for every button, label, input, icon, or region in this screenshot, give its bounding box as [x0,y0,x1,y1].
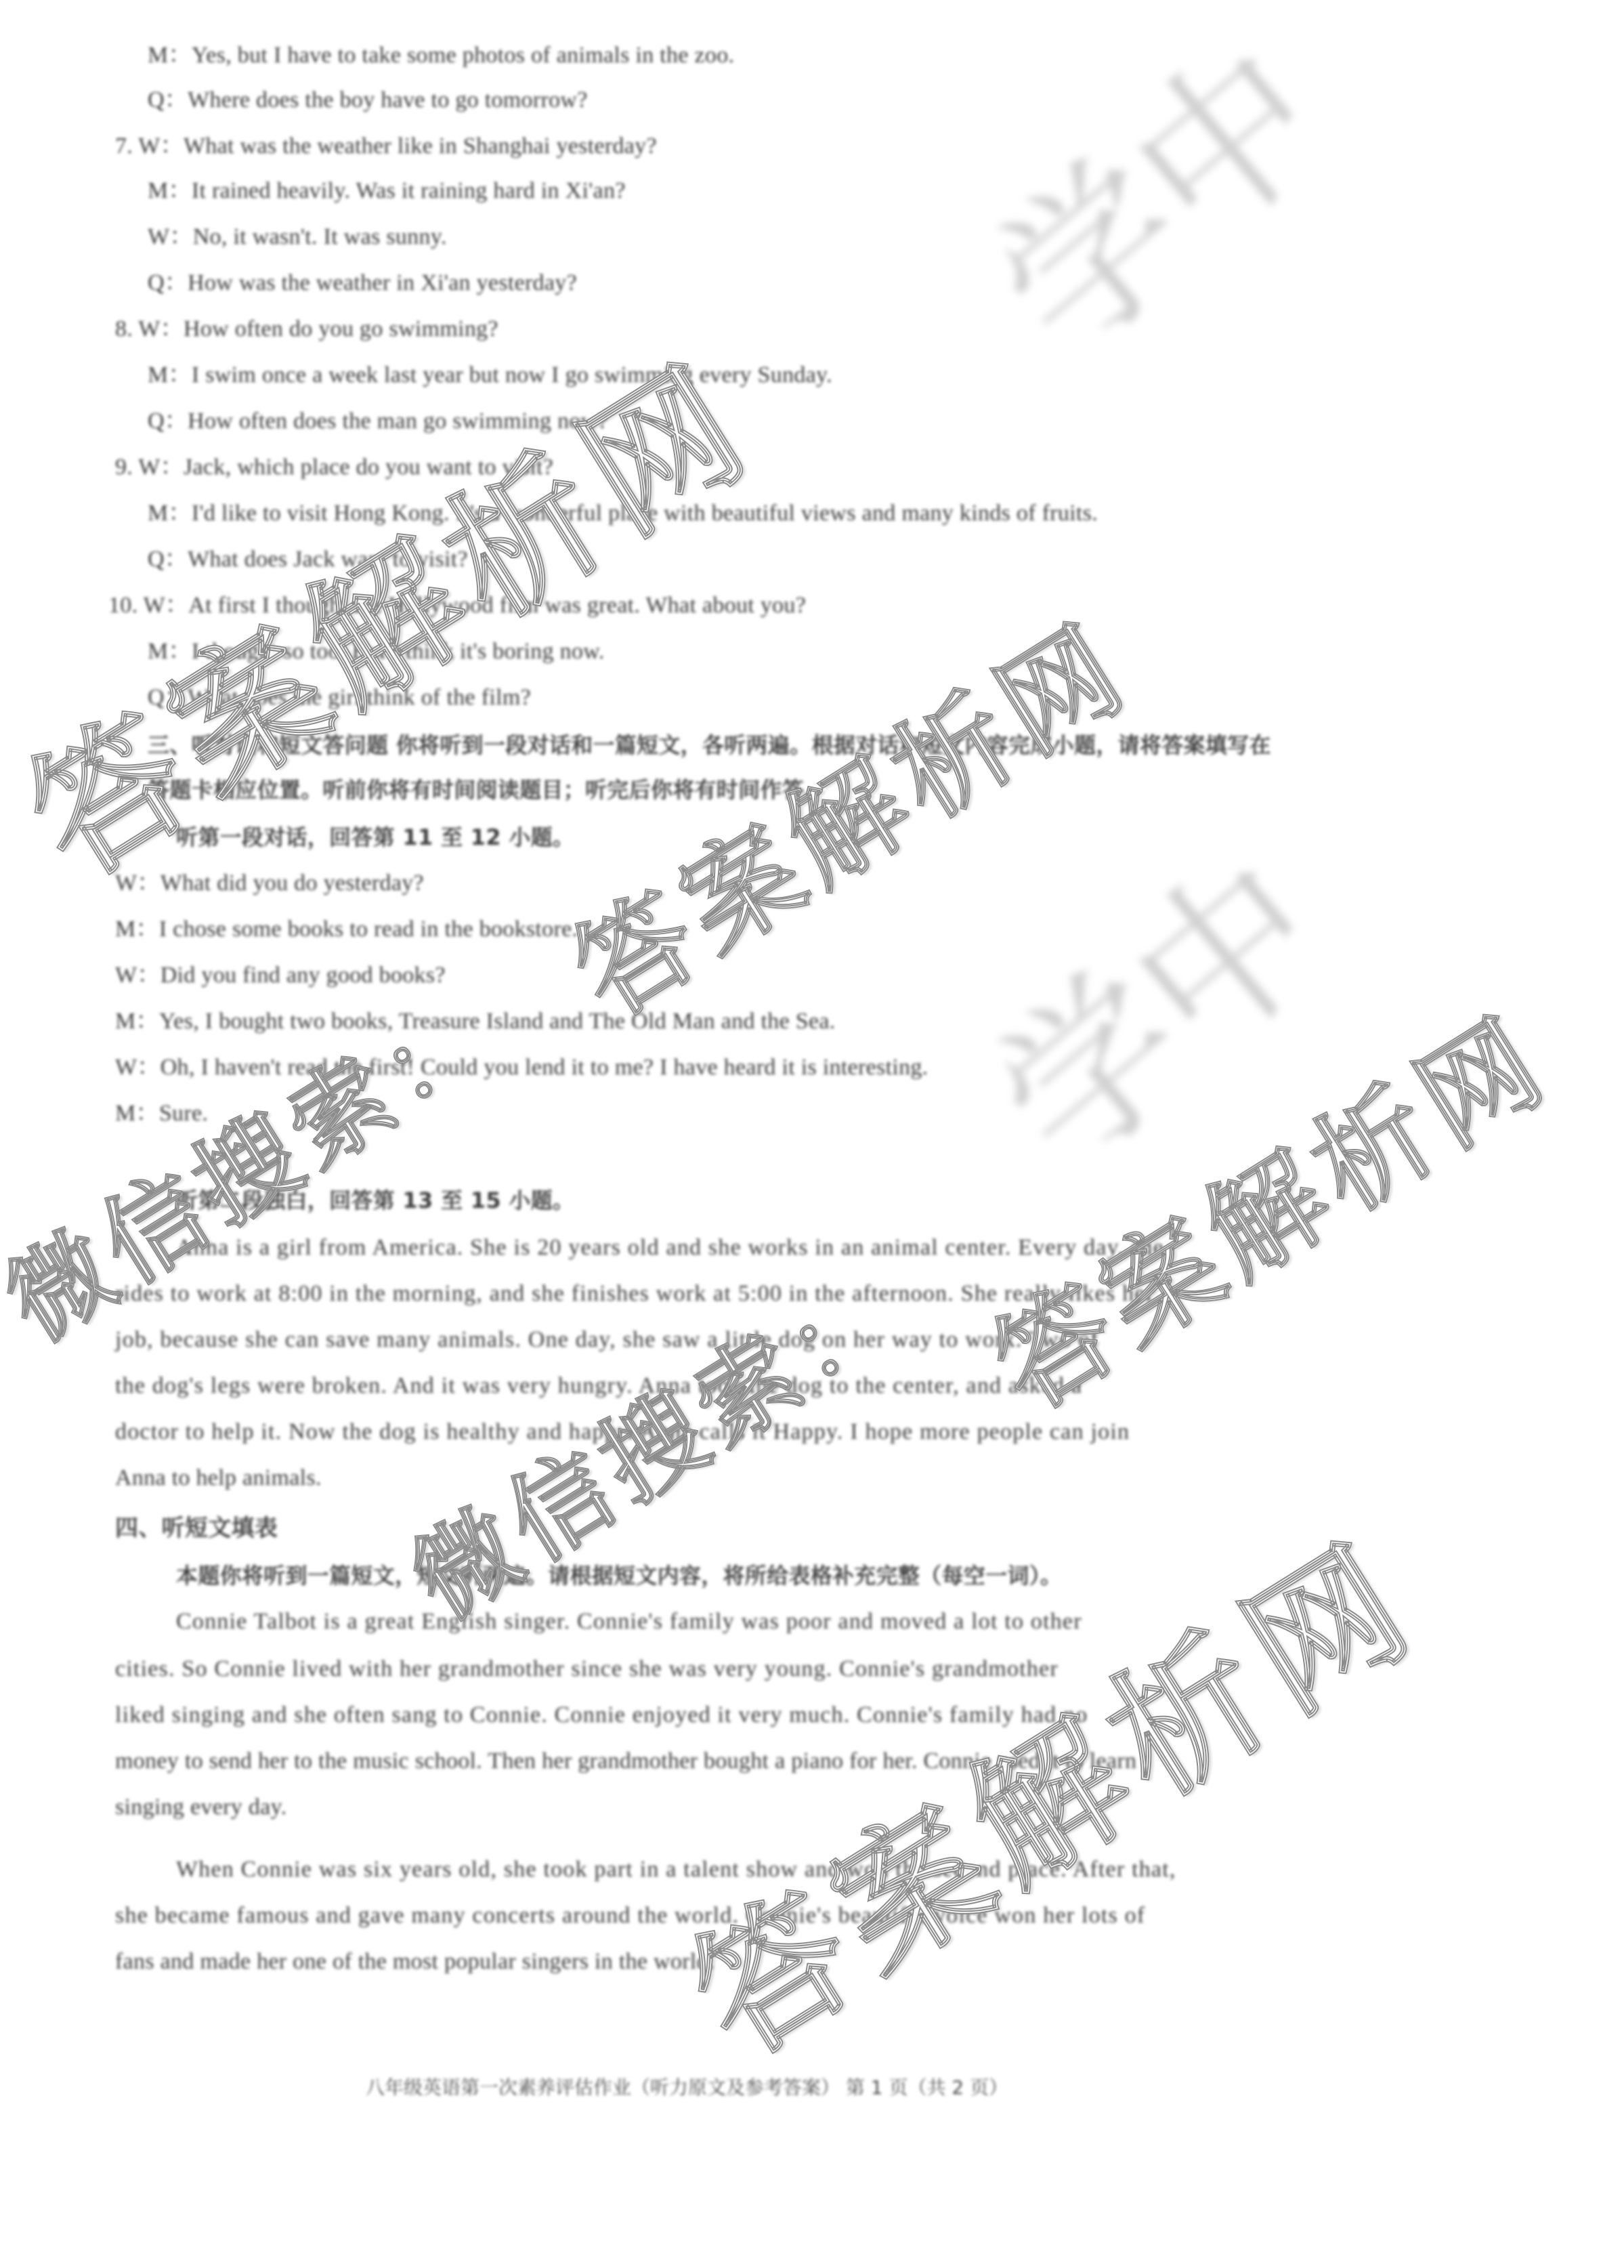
section-instruction: 三、听对话和短文答问题 你将听到一段对话和一篇短文，各听两遍。根据对话和短文内容… [148,732,1271,759]
passage-line: Anna to help animals. [115,1465,322,1492]
passage-line: doctor to help it. Now the dog is health… [115,1419,1130,1446]
passage-line: fans and made her one of the most popula… [115,1948,714,1975]
section-instruction: 本题你将听到一篇短文，短文听两遍。请根据短文内容，将所给表格补充完整（每空一词）… [176,1562,1062,1589]
transcript-line: 10. W：At first I thought the Hollywood f… [108,592,806,619]
passage-line: Connie Talbot is a great English singer.… [176,1608,1082,1635]
section-instruction: 答题卡相应位置。听前你将有时间阅读题目；听完后你将有时间作答。 [148,776,826,803]
transcript-line: Q：Where does the boy have to go tomorrow… [148,87,588,114]
section-title: 四、听短文填表 [115,1515,278,1542]
transcript-line: 9. W：Jack, which place do you want to vi… [115,454,553,481]
transcript-line: M：I thought so too. But I think it's bor… [148,638,605,665]
transcript-line: M：Yes, I bought two books, Treasure Isla… [115,1008,836,1035]
passage-line: the dog's legs were broken. And it was v… [115,1372,1082,1400]
passage-line: she became famous and gave many concerts… [115,1902,1145,1929]
passage-line: rides to work at 8:00 in the morning, an… [115,1280,1154,1307]
passage-line: singing every day. [115,1794,286,1821]
passage-line: liked singing and she often sang to Conn… [115,1702,1088,1729]
transcript-line: Q：How often does the man go swimming now… [148,408,608,435]
transcript-line: W：Oh, I haven't read the first! Could yo… [115,1054,928,1081]
dialogue-heading: 听第一段对话，回答第 11 至 12 小题。 [176,824,574,851]
passage-line: money to send her to the music school. T… [115,1748,1136,1775]
transcript-line: 7. W：What was the weather like in Shangh… [115,133,657,160]
transcript-line: W：Did you find any good books? [115,962,446,989]
transcript-line: W：No, it wasn't. It was sunny. [148,224,447,251]
monologue-heading: 听第二段独白，回答第 13 至 15 小题。 [176,1187,574,1214]
transcript-line: Q：What does the girl think of the film? [148,684,531,711]
passage-line: When Connie was six years old, she took … [176,1856,1176,1883]
page-footer: 八年级英语第一次素养评估作业（听力原文及参考答案） 第 1 页（共 2 页） [366,2073,1008,2100]
passage-line: Anna is a girl from America. She is 20 y… [176,1234,1164,1261]
transcript-line: M：I'd like to visit Hong Kong. It's a wo… [148,500,1098,527]
transcript-line: M：Yes, but I have to take some photos of… [148,42,734,69]
passage-line: cities. So Connie lived with her grandmo… [115,1656,1059,1683]
transcript-line: M：Sure. [115,1100,208,1127]
transcript-line: W：What did you do yesterday? [115,870,424,897]
transcript-line: M：I swim once a week last year but now I… [148,362,832,389]
document-page: M：Yes, but I have to take some photos of… [0,0,1624,2268]
transcript-line: M：I chose some books to read in the book… [115,916,578,943]
transcript-line: Q：How was the weather in Xi'an yesterday… [148,270,577,297]
passage-line: job, because she can save many animals. … [115,1326,1099,1353]
transcript-line: M：It rained heavily. Was it raining hard… [148,177,626,205]
transcript-line: Q：What does Jack want to visit? [148,546,468,573]
transcript-line: 8. W：How often do you go swimming? [115,316,498,343]
